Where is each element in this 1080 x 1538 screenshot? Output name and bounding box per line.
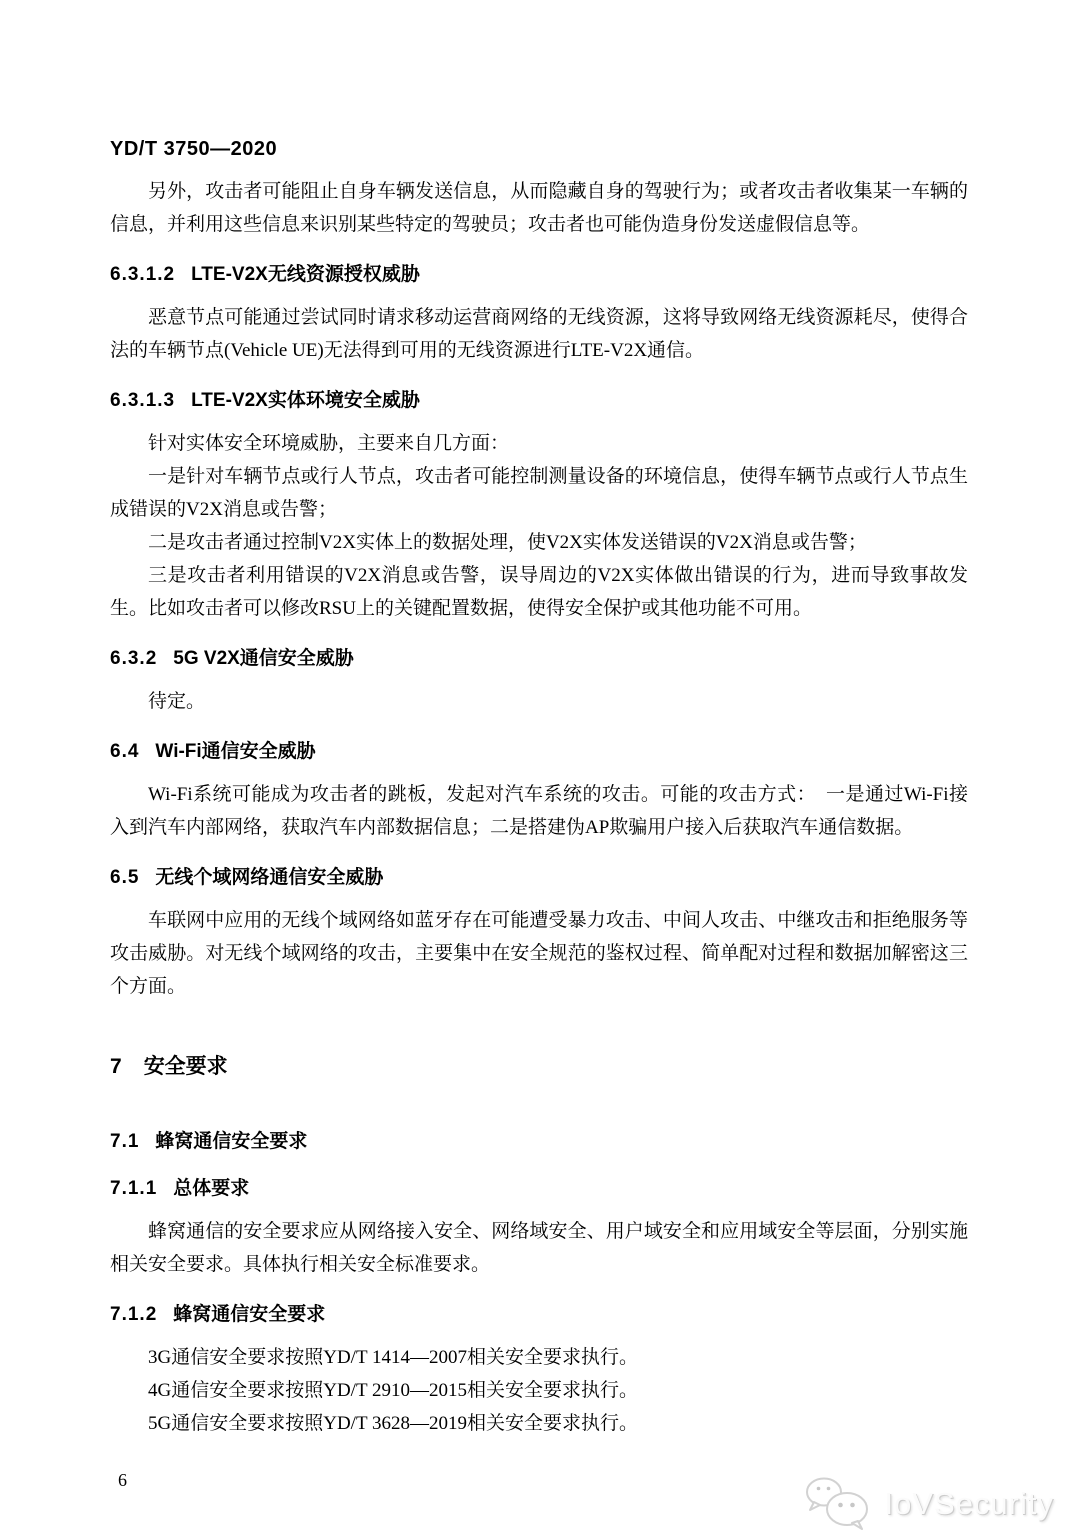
- heading-number: 7: [110, 1055, 122, 1078]
- document-body: 另外，攻击者可能阻止自身车辆发送信息，从而隐藏自身的驾驶行为；或者攻击者收集某一…: [110, 175, 968, 1440]
- section-heading: 7.1蜂窝通信安全要求: [110, 1129, 968, 1155]
- heading-title: 蜂窝通信安全要求: [173, 1304, 325, 1325]
- heading-title: LTE-V2X实体环境安全威胁: [191, 390, 420, 411]
- paragraph: Wi-Fi系统可能成为攻击者的跳板，发起对汽车系统的攻击。可能的攻击方式： 一是…: [110, 778, 968, 844]
- section-heading: 7.1.2蜂窝通信安全要求: [110, 1302, 968, 1328]
- document-page: YD/T 3750—2020 另外，攻击者可能阻止自身车辆发送信息，从而隐藏自身…: [0, 0, 1080, 1538]
- heading-number: 6.5: [110, 867, 139, 888]
- heading-number: 7.1.2: [110, 1304, 157, 1325]
- paragraph: 三是攻击者利用错误的V2X消息或告警，误导周边的V2X实体做出错误的行为，进而导…: [110, 559, 968, 625]
- heading-title: 蜂窝通信安全要求: [155, 1131, 307, 1152]
- paragraph: 4G通信安全要求按照YD/T 2910—2015相关安全要求执行。: [110, 1374, 968, 1407]
- section-heading: 6.4Wi-Fi通信安全威胁: [110, 739, 968, 765]
- page-content: YD/T 3750—2020 另外，攻击者可能阻止自身车辆发送信息，从而隐藏自身…: [110, 138, 968, 1491]
- watermark: IoVSecurity: [802, 1476, 1054, 1532]
- heading-title: Wi-Fi通信安全威胁: [155, 741, 315, 762]
- chapter-heading: 7安全要求: [110, 1053, 968, 1081]
- document-number-header: YD/T 3750—2020: [110, 138, 968, 161]
- heading-number: 7.1: [110, 1131, 139, 1152]
- paragraph: 一是针对车辆节点或行人节点，攻击者可能控制测量设备的环境信息，使得车辆节点或行人…: [110, 460, 968, 526]
- watermark-label: IoVSecurity: [884, 1486, 1054, 1522]
- paragraph: 3G通信安全要求按照YD/T 1414—2007相关安全要求执行。: [110, 1341, 968, 1374]
- section-heading: 7.1.1总体要求: [110, 1176, 968, 1202]
- heading-number: 6.3.1.2: [110, 264, 175, 285]
- heading-title: 总体要求: [173, 1178, 249, 1199]
- heading-number: 7.1.1: [110, 1178, 157, 1199]
- paragraph: 恶意节点可能通过尝试同时请求移动运营商网络的无线资源，这将导致网络无线资源耗尽，…: [110, 301, 968, 367]
- heading-title: LTE-V2X无线资源授权威胁: [191, 264, 420, 285]
- paragraph: 另外，攻击者可能阻止自身车辆发送信息，从而隐藏自身的驾驶行为；或者攻击者收集某一…: [110, 175, 968, 241]
- heading-title: 5G V2X通信安全威胁: [173, 648, 354, 669]
- heading-title: 安全要求: [144, 1055, 228, 1078]
- paragraph: 二是攻击者通过控制V2X实体上的数据处理，使V2X实体发送错误的V2X消息或告警…: [110, 526, 968, 559]
- section-heading: 6.5无线个域网络通信安全威胁: [110, 865, 968, 891]
- paragraph: 5G通信安全要求按照YD/T 3628—2019相关安全要求执行。: [110, 1407, 968, 1440]
- paragraph: 待定。: [110, 685, 968, 718]
- section-heading: 6.3.1.2LTE-V2X无线资源授权威胁: [110, 262, 968, 288]
- paragraph: 车联网中应用的无线个域网络如蓝牙存在可能遭受暴力攻击、中间人攻击、中继攻击和拒绝…: [110, 904, 968, 1003]
- paragraph: 蜂窝通信的安全要求应从网络接入安全、网络域安全、用户域安全和应用域安全等层面，分…: [110, 1215, 968, 1281]
- paragraph: 针对实体安全环境威胁，主要来自几方面：: [110, 427, 968, 460]
- heading-number: 6.3.1.3: [110, 390, 175, 411]
- section-heading: 6.3.1.3LTE-V2X实体环境安全威胁: [110, 388, 968, 414]
- wechat-icon: [802, 1476, 876, 1532]
- heading-number: 6.4: [110, 741, 139, 762]
- heading-number: 6.3.2: [110, 648, 157, 669]
- heading-title: 无线个域网络通信安全威胁: [155, 867, 383, 888]
- section-heading: 6.3.25G V2X通信安全威胁: [110, 646, 968, 672]
